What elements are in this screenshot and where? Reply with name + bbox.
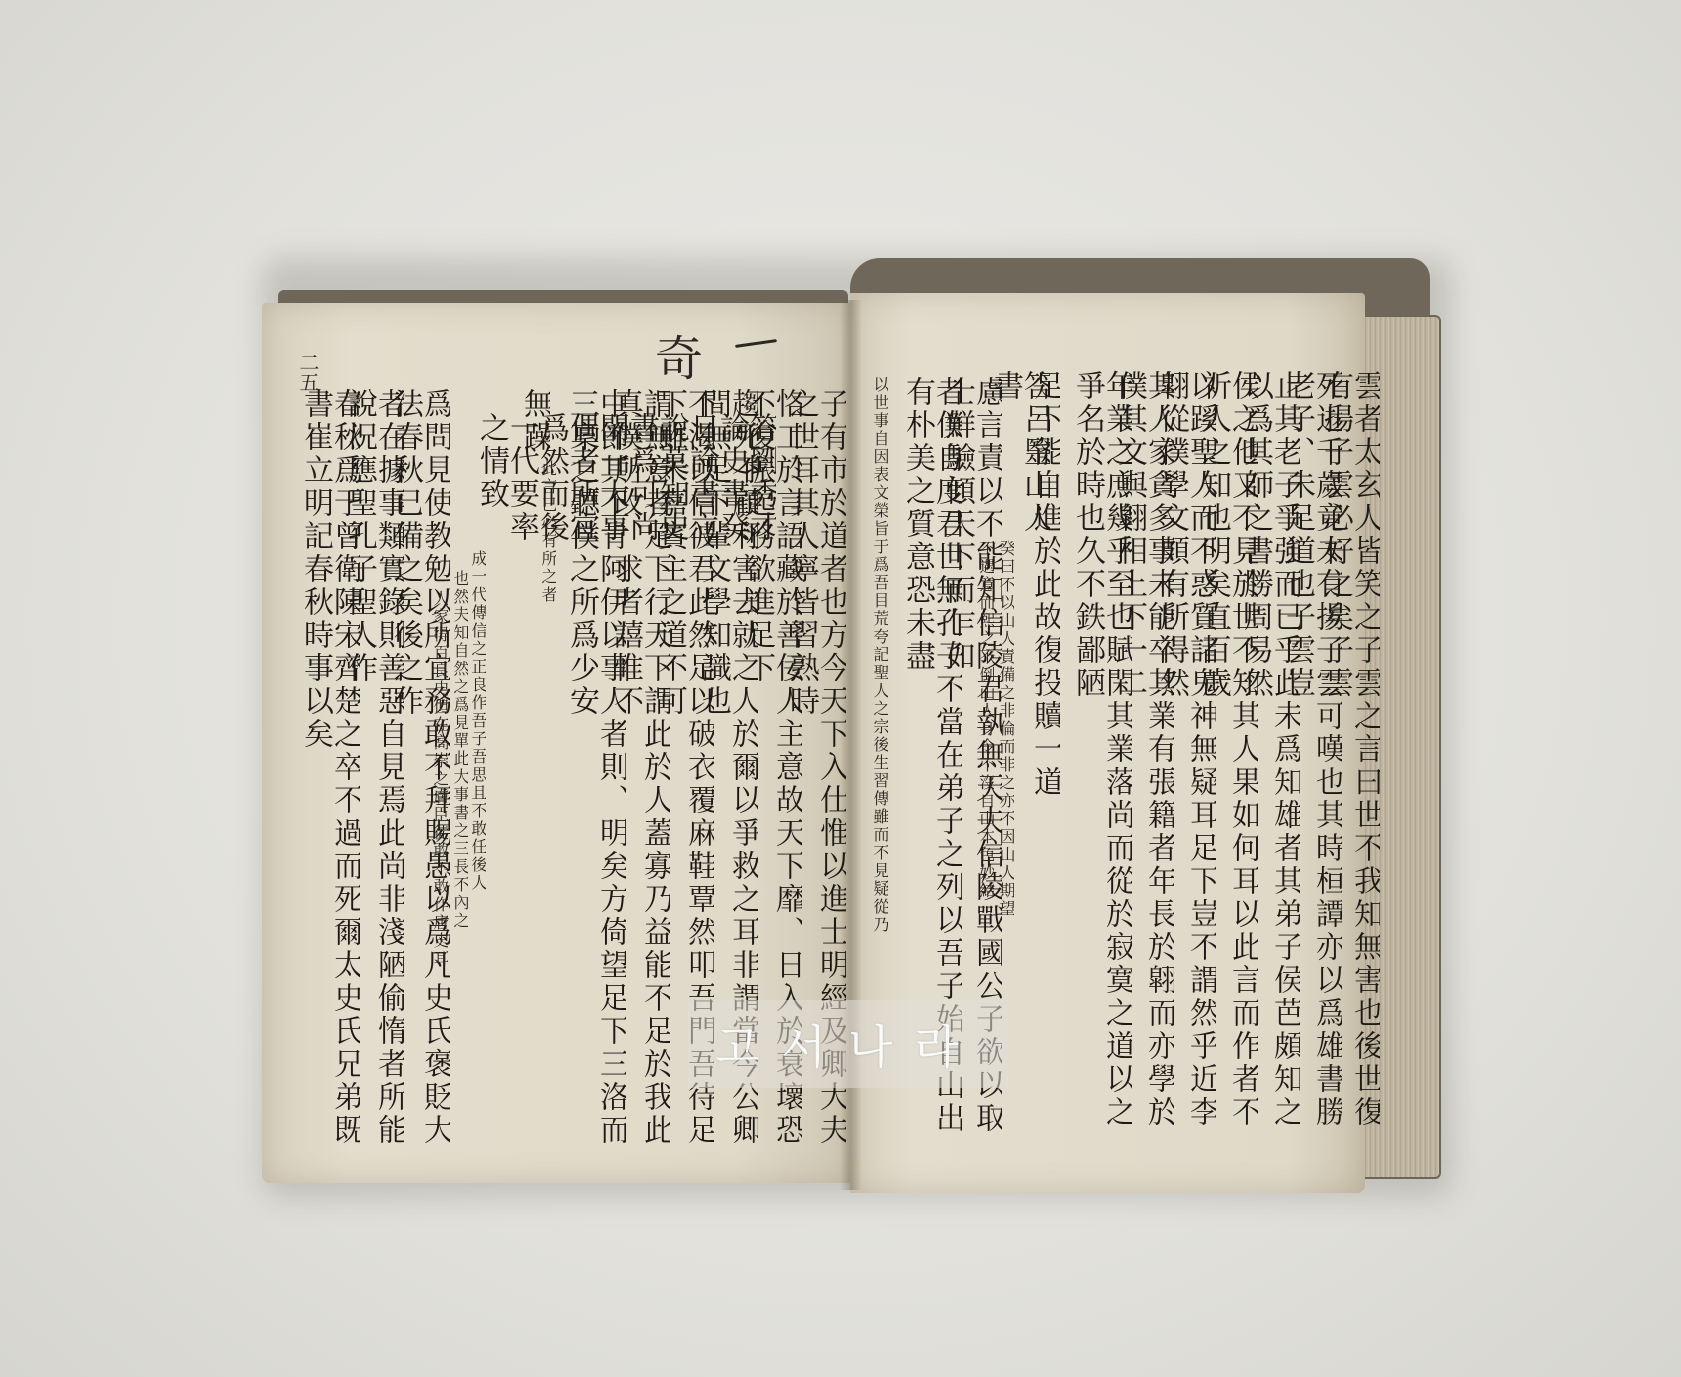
- text-column: 雲者太玄人皆笑之子雲之言曰世不我知無害也後世復有揚子雲必好之矣子雲: [1320, 370, 1380, 1130]
- annotation-column: 不遇意而熙之不倒山人身令不沒自山本色妙結: [978, 540, 994, 1300]
- annotation-column: 癸曰不以山人責備之非倫而非之亦不因山人期望: [998, 540, 1014, 1300]
- annotation-column: 人家得百良史但在高崇之膚臣徒敢不敢作唐史耳: [432, 590, 448, 1350]
- watermark: 고서나라: [688, 1000, 1008, 1088]
- header-annotation: 奇: [655, 320, 703, 389]
- annotation-column: 成一代傳信之正良作吾子吾思且不敢任後人: [470, 550, 486, 1310]
- annotation-column: 也然夫知自然之爲見單此大事書之三長不內之: [452, 570, 468, 1330]
- page-number: 二五: [294, 352, 323, 392]
- photo-scene: 二五 奇 春秋爲于曾衛陳宋齊楚之卒不過而死爾太史氏兄弟既書崔立明記春秋時事以矣 …: [0, 0, 1681, 1377]
- text-column: 足下能自進於此故復投贖一道: [1030, 370, 1060, 1130]
- annotation-column: 此言已必有所之者: [540, 460, 556, 1220]
